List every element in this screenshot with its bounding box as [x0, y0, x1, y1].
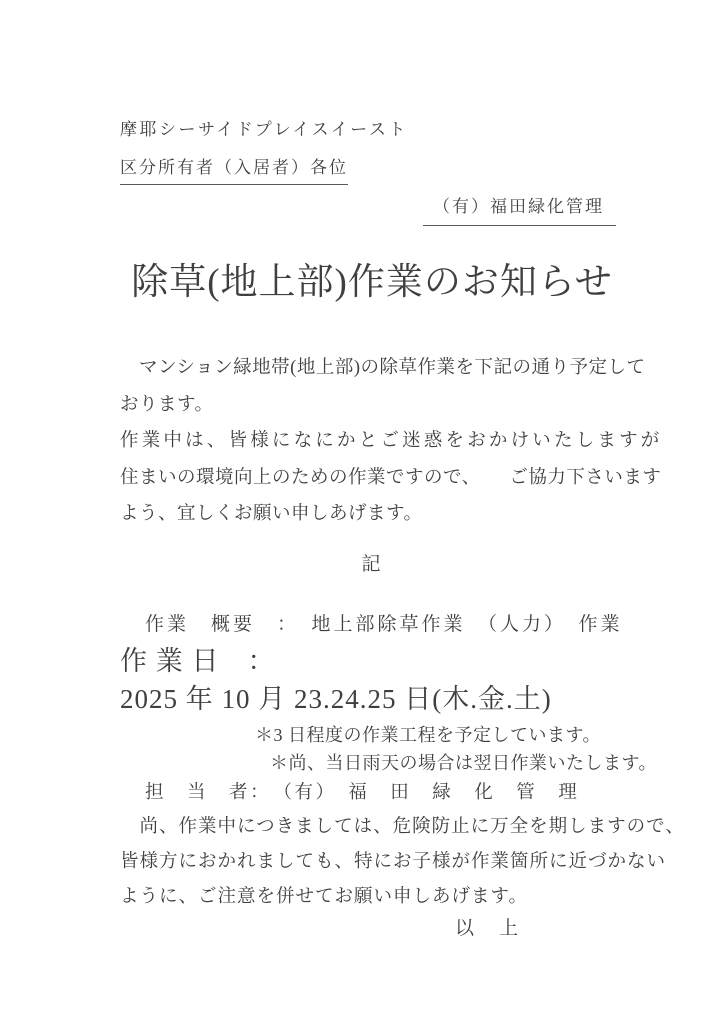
closing-line-2: 皆様方におかれましても、特にお子様が作業箇所に近づかない: [120, 845, 624, 880]
work-overview-label: 作業 概要 ：: [145, 614, 312, 635]
staff-row: 担 当 者： （有） 福 田 緑 化 管 理: [145, 780, 624, 806]
notice-document: 摩耶シーサイドプレイスイースト 区分所有者（入居者）各位 （有）福田緑化管理 除…: [0, 0, 724, 1024]
building-name: 摩耶シーサイドプレイスイースト: [120, 118, 624, 142]
work-overview-value: 地上部除草作業 （人力） 作業: [312, 614, 623, 635]
note-rain: ＊尚、当日雨天の場合は翌日作業いたします。: [270, 750, 624, 776]
staff-value: （有） 福 田 緑 化 管 理: [283, 783, 580, 803]
recipients-row: 区分所有者（入居者）各位: [120, 156, 624, 185]
page-title: 除草(地上部)作業のお知らせ: [120, 258, 624, 308]
note-duration: ＊3 日程度の作業工程を予定しています。: [255, 722, 624, 748]
closing-line-3: ように、ご注意を併せてお願い申しあげます。: [120, 880, 624, 915]
work-date-row: 作 業 日 ： 2025 年 10 月 23.24.25 日(木.金.土): [120, 642, 624, 718]
work-date-label: 作 業 日 ：: [120, 646, 290, 676]
intro-line-4: 住まいの環境向上のための作業ですので、 ご協力下さいます: [120, 460, 624, 497]
closing-paragraph: 尚、作業中につきましては、危険防止に万全を期しますので、 皆様方におかれましても…: [120, 810, 624, 915]
staff-label: 担 当 者：: [145, 783, 283, 803]
sender-company: （有）福田緑化管理: [423, 193, 616, 226]
work-overview-row: 作業 概要 ： 地上部除草作業 （人力） 作業: [145, 612, 624, 638]
intro-line-3: 作業中は、皆様になにかとご迷惑をおかけいたしますが: [120, 423, 624, 460]
closing-line-1: 尚、作業中につきましては、危険防止に万全を期しますので、: [120, 810, 624, 845]
recipients-line: 区分所有者（入居者）各位: [120, 156, 348, 185]
intro-paragraph: マンション緑地帯(地上部)の除草作業を下記の通り予定して おります。 作業中は、…: [120, 350, 624, 533]
intro-line-5: よう、宜しくお願い申しあげます。: [120, 496, 624, 533]
sender-row: （有）福田緑化管理: [120, 193, 624, 226]
end-marker: 以 上: [120, 915, 624, 942]
work-date-value: 2025 年 10 月 23.24.25 日(木.金.土): [120, 684, 552, 714]
record-marker: 記: [120, 551, 624, 578]
intro-line-2: おります。: [120, 387, 624, 424]
intro-line-1: マンション緑地帯(地上部)の除草作業を下記の通り予定して: [120, 350, 624, 387]
